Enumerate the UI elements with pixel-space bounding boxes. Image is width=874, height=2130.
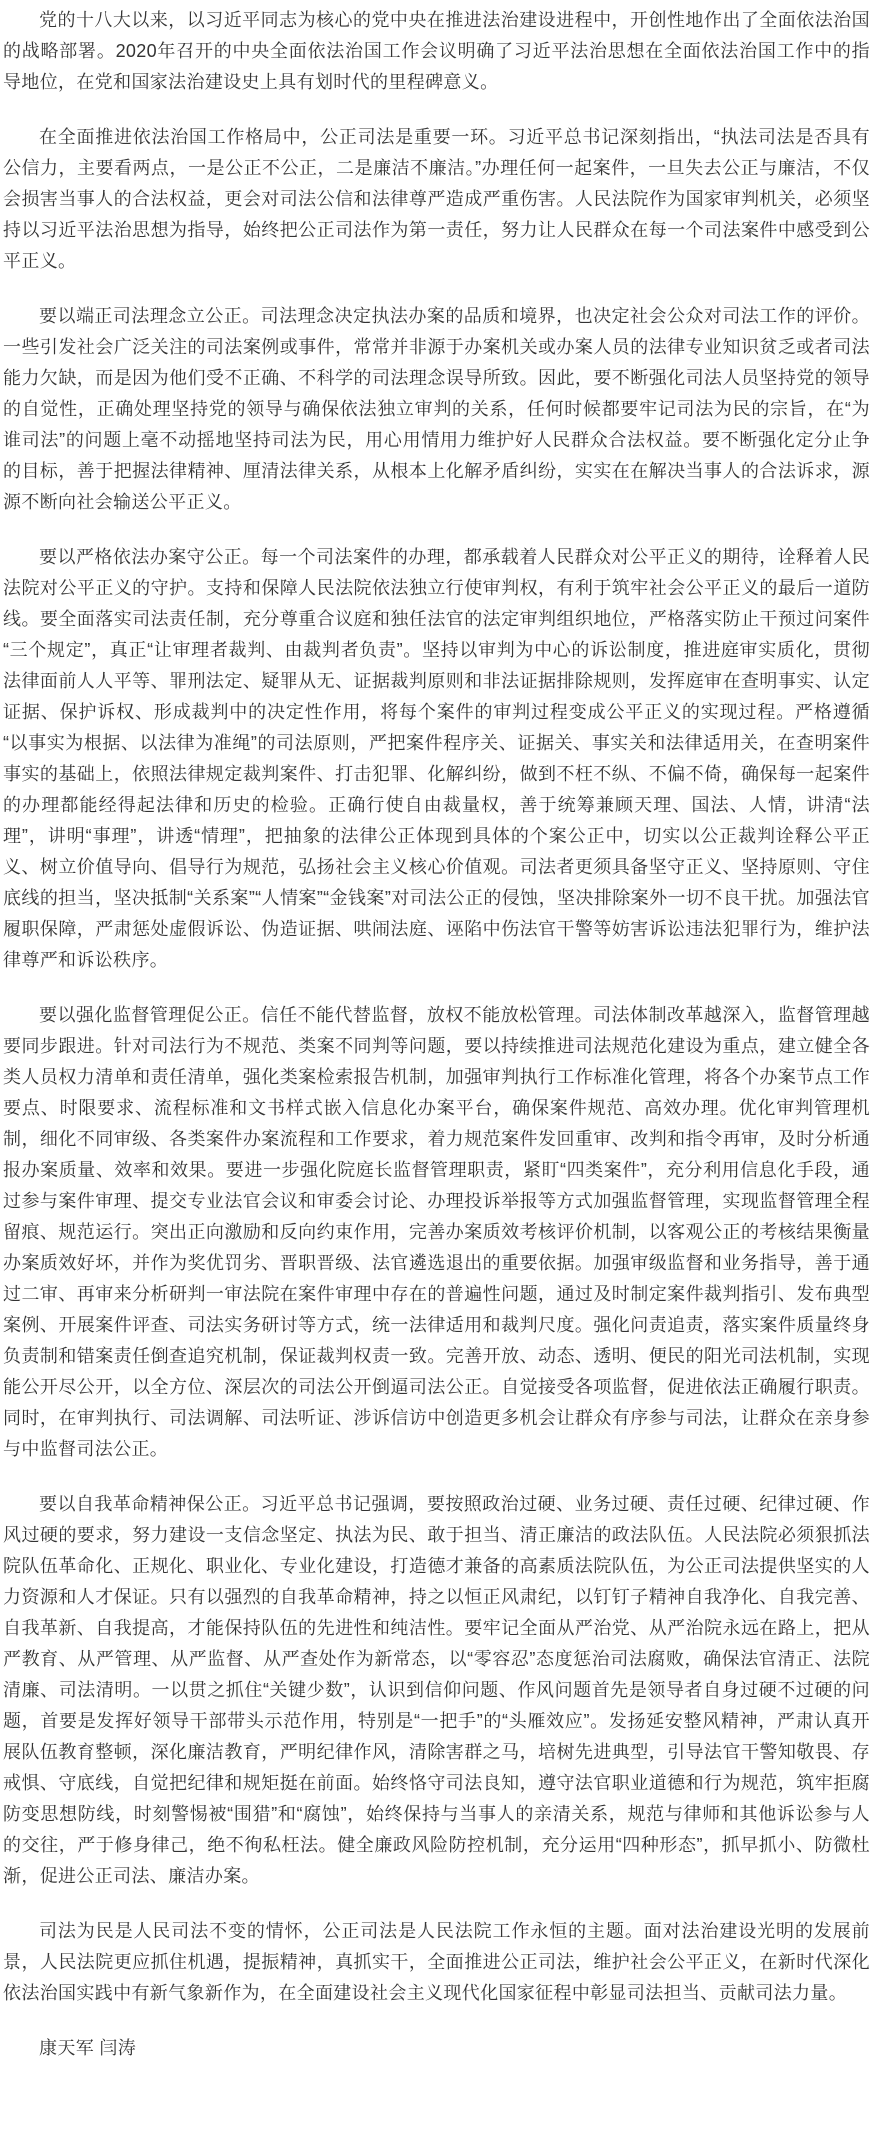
paragraph-1: 党的十八大以来，以习近平同志为核心的党中央在推进法治建设进程中，开创性地作出了全… — [3, 5, 870, 98]
paragraph-4: 要以严格依法办案守公正。每一个司法案件的办理，都承载着人民群众对公平正义的期待，… — [3, 542, 870, 976]
paragraph-3: 要以端正司法理念立公正。司法理念决定执法办案的品质和境界，也决定社会公众对司法工… — [3, 301, 870, 518]
paragraph-5: 要以强化监督管理促公正。信任不能代替监督，放权不能放松管理。司法体制改革越深入，… — [3, 1000, 870, 1465]
paragraph-6: 要以自我革命精神保公正。习近平总书记强调，要按照政治过硬、业务过硬、责任过硬、纪… — [3, 1489, 870, 1892]
signature-authors: 康天军 闫涛 — [3, 2033, 870, 2064]
paragraph-2: 在全面推进依法治国工作格局中，公正司法是重要一环。习近平总书记深刻指出，“执法司… — [3, 122, 870, 277]
paragraph-7: 司法为民是人民司法不变的情怀，公正司法是人民法院工作永恒的主题。面对法治建设光明… — [3, 1916, 870, 2009]
article-body: 党的十八大以来，以习近平同志为核心的党中央在推进法治建设进程中，开创性地作出了全… — [0, 0, 874, 2094]
